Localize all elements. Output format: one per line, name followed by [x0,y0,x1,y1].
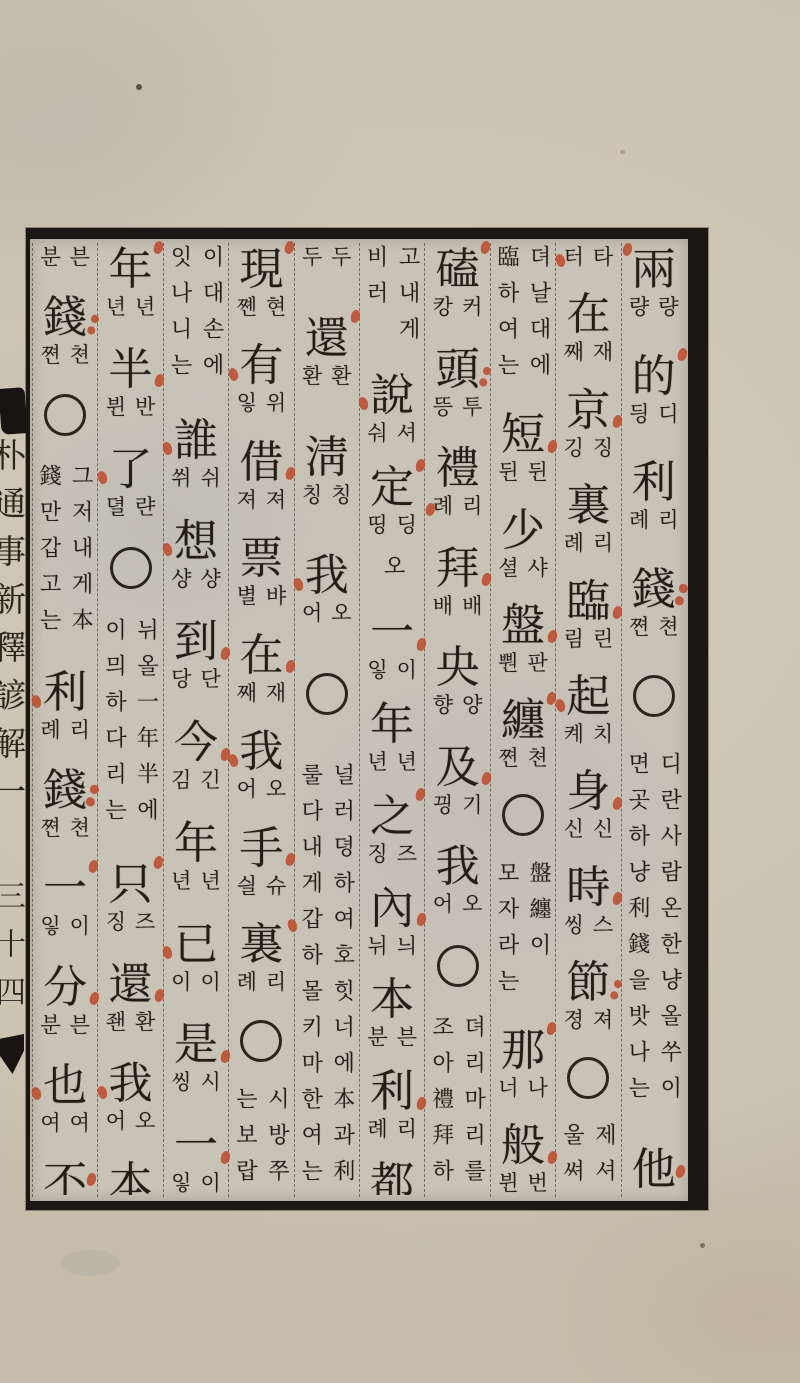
gloss-left: 딍 [629,402,649,426]
hanja-item: 錢쪈쳔 [40,766,90,840]
gloss-left: 쪈 [498,746,518,770]
gloss-pair: 쪈쳔 [40,816,90,840]
gloss-pair: 쪈쳔 [40,343,90,367]
hanja-item: 時씽스 [564,863,614,937]
gloss-pair: 례리 [629,508,679,532]
note-left-subcolumn: 조아禮拜하 [427,1015,457,1195]
gloss-pair: 씽스 [564,913,614,937]
gloss-left: 년 [106,295,126,319]
hanja-item: 京깅징 [564,386,614,460]
hanja-char: 不 [43,1159,87,1195]
gloss-right: 져 [266,488,286,512]
gloss-pair: 례리 [433,494,483,518]
gloss-pair: 캉커 [433,295,483,319]
gloss-left: 뉘 [367,934,387,958]
gloss-right: 늬 [397,934,417,958]
text-column-6: 두두還환환淸칭칭我어오룰다내게갑하몰키마한여는널러뎡하여호힛너에本과利 [294,243,359,1197]
gloss-left: 숴 [367,421,387,445]
hanja-char: 我 [237,727,287,777]
translation-note: 錢만갑고는그저내게本 [34,464,96,644]
circle-separator [306,673,348,715]
hanja-item: 禮례리 [433,444,483,518]
gloss-pair: 분븐 [367,1025,417,1049]
circle-separator [633,675,675,717]
gloss-right: 샤 [527,556,547,580]
gloss-pair: 띵딩 [367,513,417,537]
hanja-item: 票별뱌 [237,534,287,608]
gloss-right: 즈 [397,842,417,866]
gloss-left: 칭 [302,483,322,507]
hanja-char: 一 [171,1121,221,1171]
gloss-right: 투 [462,395,482,419]
gloss-pair: 뿬판 [498,651,548,675]
gloss-pair: 례리 [40,718,90,742]
gloss-left: 신 [564,817,584,841]
hanja-item: 纏쪈쳔 [498,696,548,770]
hanja-char: 想 [171,517,221,567]
gloss-left: 잏 [367,658,387,682]
hanja-char: 年 [106,245,156,295]
note-left-subcolumn: 이믜하다리는 [100,618,130,834]
circle-separator [44,394,86,436]
hanja-item: 年년년 [171,819,221,893]
hanja-char: 磕 [433,245,483,295]
gloss-right: 반 [135,395,155,419]
gloss-right: 두 [331,245,351,269]
gloss-right: 쉬 [200,466,220,490]
gloss-right: 즈 [135,910,155,934]
fold-title: 朴通事新釋諺解一 [0,438,26,822]
hanja-item: 分분븐 [40,963,90,1037]
gloss-right: 재 [266,681,286,705]
gloss-right: 스 [593,913,613,937]
gloss-pair: 징즈 [367,842,417,866]
gloss-right: 위 [266,391,286,415]
hanja-char: 現 [237,245,287,295]
note-right-subcolumn: 盤纏이 [524,861,554,1005]
text-column-10: 분븐錢쪈쳔錢만갑고는그저내게本利례리錢쪈쳔一잏이分분븐也여여不 [32,243,97,1197]
gloss-pair: 져져 [237,488,287,512]
gloss-right: 리 [397,1117,417,1141]
gloss-left: 년 [171,869,191,893]
hanja-item: 兩량량 [629,245,679,319]
hanja-char: 還 [106,960,156,1010]
hanja-char: 半 [106,345,156,395]
gloss-pair: 셜샤 [498,556,548,580]
gloss-left: 뷘 [498,1171,518,1195]
gloss-left: 너 [498,1076,518,1100]
hanja-item: 現쪤현 [237,245,287,319]
hanja-char: 頭 [433,345,483,395]
hanja-item: 錢쪈쳔 [40,293,90,367]
hanja-char: 兩 [629,245,679,295]
hanja-item: 短뒨뒨 [498,410,548,484]
text-column-8: 잇나니는이대손에誰쒸쉬想샹샹到당단今김긴年년년已이이是씽시一잏이 [163,243,228,1197]
gloss-right: 신 [593,817,613,841]
note-right-subcolumn: 시방쭈 [262,1087,292,1195]
gloss-pair-wrapped: 두두 [302,245,352,269]
gloss-right: 년 [200,869,220,893]
hanja-char: 一 [40,864,90,914]
hanja-item: 有잏위 [237,341,287,415]
hanja-char: 錢 [40,293,90,343]
hanja-char: 纏 [498,696,548,746]
fold-title-text: 朴通事新釋諺解 [0,438,24,774]
hanja-item: 利례리 [367,1067,417,1141]
hanja-item: 在째재 [564,290,614,364]
gloss-left: 째 [564,340,584,364]
hanja-item: 身신신 [564,767,614,841]
hanja-item: 已이이 [171,920,221,994]
note-left-subcolumn: 臨하여는 [492,245,522,389]
circle-separator [567,1057,609,1099]
gloss-left: 잏 [171,1171,191,1195]
hanja-item: 年년년 [106,245,156,319]
hanja-item: 裏례리 [564,481,614,555]
hanja-char: 到 [171,617,221,667]
hanja-item: 一잏이 [171,1121,221,1195]
gloss-pair-wrapped: 터타 [564,245,614,269]
gloss-pair: 김긴 [171,768,221,792]
gloss-right: 긴 [200,768,220,792]
gloss-pair: 쪈쳔 [629,615,679,639]
hanja-char: 年 [367,700,417,750]
gloss-left: 켸 [564,722,584,746]
paper-stain [700,1243,705,1248]
hanja-char: 節 [564,958,614,1008]
gloss-right: 리 [70,718,90,742]
gloss-right: 시 [200,1070,220,1094]
gloss-pair: 쒸쉬 [171,466,221,490]
gloss-right: 리 [266,970,286,994]
gloss-right: 치 [593,722,613,746]
gloss-pair: 이이 [171,970,221,994]
gloss-pair: 켸치 [564,722,614,746]
translation-note: 울쎠제셔 [557,1123,619,1195]
gloss-right: 년 [135,295,155,319]
gloss-right: 이 [200,970,220,994]
translation-note: 오 [376,554,408,590]
hanja-char: 在 [564,290,614,340]
gloss-pair: 딍디 [629,402,679,426]
hanja-item: 也여여 [40,1061,90,1135]
hanja-char: 裏 [237,920,287,970]
gloss-right: 디 [658,402,678,426]
gloss-pair: 례리 [367,1117,417,1141]
hanja-item: 不 [43,1159,87,1195]
hanja-char: 在 [237,631,287,681]
gloss-left: 김 [171,768,191,792]
gloss-left: 례 [433,494,453,518]
gloss-left: 례 [629,508,649,532]
gloss-right: 재 [593,340,613,364]
gloss-left: 환 [302,364,322,388]
gloss-left: 량 [629,295,649,319]
gloss-right: 오 [331,601,351,625]
hanja-char: 還 [302,314,352,364]
gloss-right: 슈 [266,874,286,898]
gloss-left: 어 [106,1109,126,1133]
hanja-item: 那너나 [498,1026,548,1100]
hanja-char: 利 [40,668,90,718]
hanja-item: 利례리 [629,458,679,532]
gloss-right: 판 [527,651,547,675]
note-right-subcolumn: 제셔 [589,1123,619,1195]
hanja-item: 頭뜽투 [433,345,483,419]
gloss-right: 븐 [70,1013,90,1037]
gloss-right: 량 [658,295,678,319]
translation-note: 면곳하냥利錢을밧나는디란사람온한냥올쑤이 [623,752,685,1112]
gloss-pair: 어오 [433,892,483,916]
hanja-char: 我 [302,551,352,601]
gloss-left: 샹 [171,567,191,591]
text-column-7: 現쪤현有잏위借져져票별뱌在째재我어오手싈슈裏례리는보랍시방쭈 [228,243,293,1197]
note-left-subcolumn: 잇나니는 [165,245,195,389]
text-column-3: 臨하여는뎌날대에短뒨뒨少셜샤盤뿬판纏쪈쳔모자라는盤纏이那너나般뷘번 [490,243,555,1197]
hanja-char: 也 [40,1061,90,1111]
note-left-subcolumn: 울쎠 [557,1123,587,1195]
hanja-char: 是 [171,1020,221,1070]
hanja-item: 誰쒸쉬 [171,416,221,490]
gloss-left: 징 [367,842,387,866]
hanja-char: 內 [367,884,417,934]
gloss-pair: 뷘반 [106,395,156,419]
note-left-subcolumn: 錢만갑고는 [34,464,64,644]
gloss-right: 쳔 [527,746,547,770]
paper-stain [60,1250,120,1276]
gloss-right: 징 [593,436,613,460]
gloss-pair: 잏이 [171,1171,221,1195]
gloss-pair: 잏이 [40,914,90,938]
gloss-pair: 잏위 [237,391,287,415]
gloss-pair: 씽시 [171,1070,221,1094]
hanja-item: 節졍져 [564,958,614,1032]
gloss-right: 뒨 [527,460,547,484]
note-left-subcolumn: 비러 [361,245,391,353]
gloss-right: 셔 [397,421,417,445]
gloss-left: 뷘 [106,395,126,419]
gloss-left: 배 [433,594,453,618]
gloss-pair: 별뱌 [237,584,287,608]
gloss-right: 져 [593,1008,613,1032]
hanja-char: 禮 [433,444,483,494]
hanja-item: 他 [632,1145,676,1195]
gloss-left: 어 [433,892,453,916]
gloss-pair: 당단 [171,667,221,691]
hanja-item: 盤뿬판 [498,601,548,675]
note-right-subcolumn: 뎌리마리를 [459,1015,489,1195]
note-right-subcolumn: 이대손에 [197,245,227,389]
gloss-left: 여 [40,1111,60,1135]
hanja-char: 起 [564,672,614,722]
gloss-left: 년 [367,750,387,774]
hanja-char: 借 [237,438,287,488]
gloss-left: 졍 [564,1008,584,1032]
gloss-left: 쒸 [171,466,191,490]
hanja-char: 一 [367,608,417,658]
gloss-right: 오 [135,1109,155,1133]
hanja-char: 了 [106,445,156,495]
hanja-char: 京 [564,386,614,436]
gloss-pair: 년년 [367,750,417,774]
gloss-right: 쳔 [70,343,90,367]
translation-note: 모자라는盤纏이 [492,861,554,1005]
gloss-right: 오 [266,777,286,801]
hanja-char: 拜 [433,544,483,594]
gloss-right: 나 [527,1076,547,1100]
hanja-char: 的 [629,352,679,402]
gloss-right: 커 [462,295,482,319]
hanja-char: 短 [498,410,548,460]
gloss-pair: 례리 [237,970,287,994]
gloss-pair: 어오 [106,1109,156,1133]
hanja-char: 利 [367,1067,417,1117]
gloss-left: 례 [367,1117,387,1141]
gloss-right: 배 [462,594,482,618]
gloss-left: 띵 [367,513,387,537]
translation-note: 비러고내게 [361,245,423,353]
hanja-char: 盤 [498,601,548,651]
gloss-right: 뱌 [266,584,286,608]
text-column-2: 터타在째재京깅징裏례리臨림린起켸치身신신時씽스節졍져울쎠제셔 [555,243,620,1197]
hanja-char: 手 [237,824,287,874]
gloss-right: 랸 [135,495,155,519]
gloss-left: 당 [171,667,191,691]
hanja-char: 都 [370,1159,414,1195]
hanja-char: 已 [171,920,221,970]
gloss-right: 단 [200,667,220,691]
gloss-left: 잏 [237,391,257,415]
gloss-right: 타 [593,245,613,269]
translation-note: 조아禮拜하뎌리마리를 [427,1015,489,1195]
hanja-char: 只 [106,860,156,910]
gloss-pair: 분븐 [40,1013,90,1037]
gloss-pair-wrapped: 분븐 [40,245,90,269]
note-right-subcolumn: 널러뎡하여호힛너에本과利 [328,763,358,1195]
fishtail-ornament-icon [0,1034,24,1074]
gloss-pair: 샹샹 [171,567,221,591]
hanja-char: 時 [564,863,614,913]
hanja-item: 在째재 [237,631,287,705]
circle-separator [110,547,152,589]
hanja-item: 少셜샤 [498,506,548,580]
gloss-right: 번 [527,1171,547,1195]
fold-volume: 一 [0,774,24,822]
gloss-left: 뜽 [433,395,453,419]
gloss-pair: 뉘늬 [367,934,417,958]
gloss-pair: 년년 [171,869,221,893]
gloss-pair: 량량 [629,295,679,319]
hanja-item: 拜배배 [433,544,483,618]
translation-note: 룰다내게갑하몰키마한여는널러뎡하여호힛너에本과利 [296,763,358,1195]
red-tone-mark [85,1172,98,1187]
gloss-left: 분 [367,1025,387,1049]
gloss-left: 캉 [433,295,453,319]
hanja-item: 一잏이 [367,608,417,682]
circle-separator [437,945,479,987]
hanja-item: 手싈슈 [237,824,287,898]
hanja-item: 我어오 [237,727,287,801]
gloss-right: 년 [397,750,417,774]
gloss-pair: 림린 [564,627,614,651]
hanja-char: 本 [367,975,417,1025]
hanja-item: 想샹샹 [171,517,221,591]
gloss-right: 양 [462,693,482,717]
gloss-right: 현 [266,295,286,319]
hanja-item: 臨림린 [564,577,614,651]
gloss-right: 딩 [397,513,417,537]
hanja-item: 說숴셔 [367,371,417,445]
book-fold-strip: 朴通事新釋諺解一 三十四 [0,382,26,1088]
hanja-item: 我어오 [106,1059,156,1133]
fold-page-number: 三十四 [0,880,26,1024]
hanja-char: 誰 [171,416,221,466]
gloss-left: 어 [302,601,322,625]
hanja-char: 之 [367,792,417,842]
gloss-pair: 뒨뒨 [498,460,548,484]
gloss-pair: 례리 [564,531,614,555]
hanja-char: 身 [564,767,614,817]
hanja-char: 有 [237,341,287,391]
note-right-subcolumn: 오 [378,554,408,590]
gloss-left: 례 [237,970,257,994]
gloss-right: 린 [593,627,613,651]
gloss-left: 향 [433,693,453,717]
translation-note: 잇나니는이대손에 [165,245,227,389]
gloss-right: 븐 [397,1025,417,1049]
gloss-pair: 환환 [302,364,352,388]
gloss-left: 져 [237,488,257,512]
gloss-left: 씽 [171,1070,191,1094]
hanja-item: 淸칭칭 [302,433,352,507]
gloss-left: 쪈 [40,343,60,367]
gloss-left: 례 [564,531,584,555]
gloss-pair: 징즈 [106,910,156,934]
gloss-pair: 졍져 [564,1008,614,1032]
gloss-pair: 끵기 [433,793,483,817]
hanja-item: 磕캉커 [433,245,483,319]
hanja-item: 都 [370,1159,414,1195]
hanja-item: 起켸치 [564,672,614,746]
note-left-subcolumn: 면곳하냥利錢을밧나는 [623,752,653,1112]
hanja-item: 內뉘늬 [367,884,417,958]
gloss-pair: 뷘번 [498,1171,548,1195]
hanja-item: 之징즈 [367,792,417,866]
hanja-item: 我어오 [302,551,352,625]
hanja-item: 還좬환 [106,960,156,1034]
gloss-left: 째 [237,681,257,705]
circle-separator [502,794,544,836]
gloss-right: 리 [593,531,613,555]
gloss-pair: 쪤현 [237,295,287,319]
gloss-right: 샹 [200,567,220,591]
hanja-char: 今 [171,718,221,768]
gloss-pair: 뜽투 [433,395,483,419]
hanja-item: 及끵기 [433,743,483,817]
text-column-9: 年년년半뷘반了뎔랸이믜하다리는뉘올一年半에只징즈還좬환我어오本 [97,243,162,1197]
gloss-pair: 뎔랸 [106,495,156,519]
hanja-char: 年 [171,819,221,869]
gloss-right: 환 [331,364,351,388]
hanja-item: 本 [109,1159,153,1195]
hanja-char: 錢 [40,766,90,816]
hanja-char: 票 [237,534,287,584]
hanja-item: 了뎔랸 [106,445,156,519]
note-right-subcolumn: 뎌날대에 [524,245,554,389]
gloss-pair: 배배 [433,594,483,618]
gloss-pair: 신신 [564,817,614,841]
circle-separator [240,1020,282,1062]
